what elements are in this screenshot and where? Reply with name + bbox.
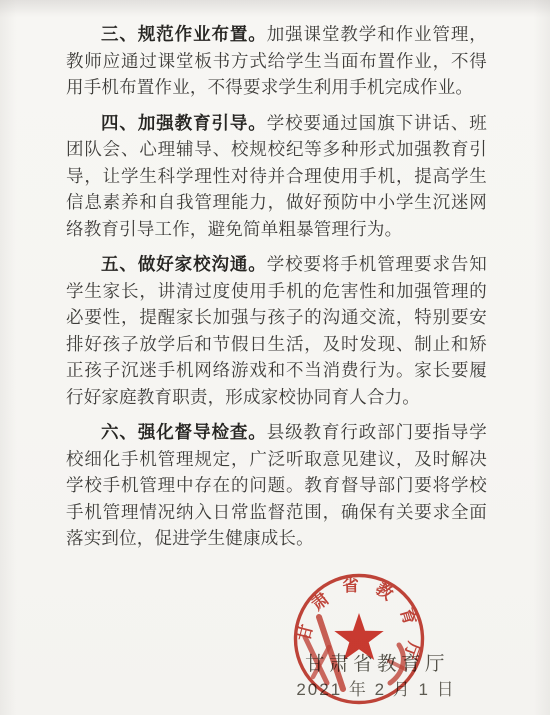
seal-ring-text-holder: 甘肃省教育厅 (294, 576, 425, 675)
seal-ring-text: 甘肃省教育厅 (294, 576, 425, 675)
seal-org-name: 甘肃省教育厅 (289, 648, 465, 676)
paragraph-heading: 五、做好家校沟通。 (101, 254, 267, 274)
paragraph-heading: 六、强化督导检查。 (101, 422, 267, 442)
paragraph: 五、做好家校沟通。学校要将手机管理要求告知学生家长，讲清过度使用手机的危害性和加… (66, 251, 487, 410)
star-icon (334, 613, 383, 660)
seal-date: 2021 年 2 月 1 日 (286, 675, 466, 700)
paragraph: 六、强化督导检查。县级教育行政部门要指导学校细化手机管理规定，广泛听取意见建议，… (66, 419, 487, 552)
paragraph-heading: 四、加强教育引导。 (101, 113, 267, 133)
document-body: 三、规范作业布置。加强课堂教学和作业管理，教师应通过课堂板书方式给学生当面布置作… (66, 21, 487, 561)
seal-overlay-strokes (305, 617, 405, 689)
paragraph: 四、加强教育引导。学校要通过国旗下讲话、班团队会、心理辅导、校规校纪等多种形式加… (66, 110, 487, 243)
seal-ring (296, 576, 423, 703)
paragraph-heading: 三、规范作业布置。 (101, 24, 267, 44)
document-page: 三、规范作业布置。加强课堂教学和作业管理，教师应通过课堂板书方式给学生当面布置作… (0, 0, 550, 715)
paragraph-text: 学校要将手机管理要求告知学生家长，讲清过度使用手机的危害性和加强管理的必要性，提… (66, 254, 487, 407)
seal-stamp: 甘肃省教育厅 (292, 572, 426, 706)
paragraph: 三、规范作业布置。加强课堂教学和作业管理，教师应通过课堂板书方式给学生当面布置作… (66, 21, 487, 101)
